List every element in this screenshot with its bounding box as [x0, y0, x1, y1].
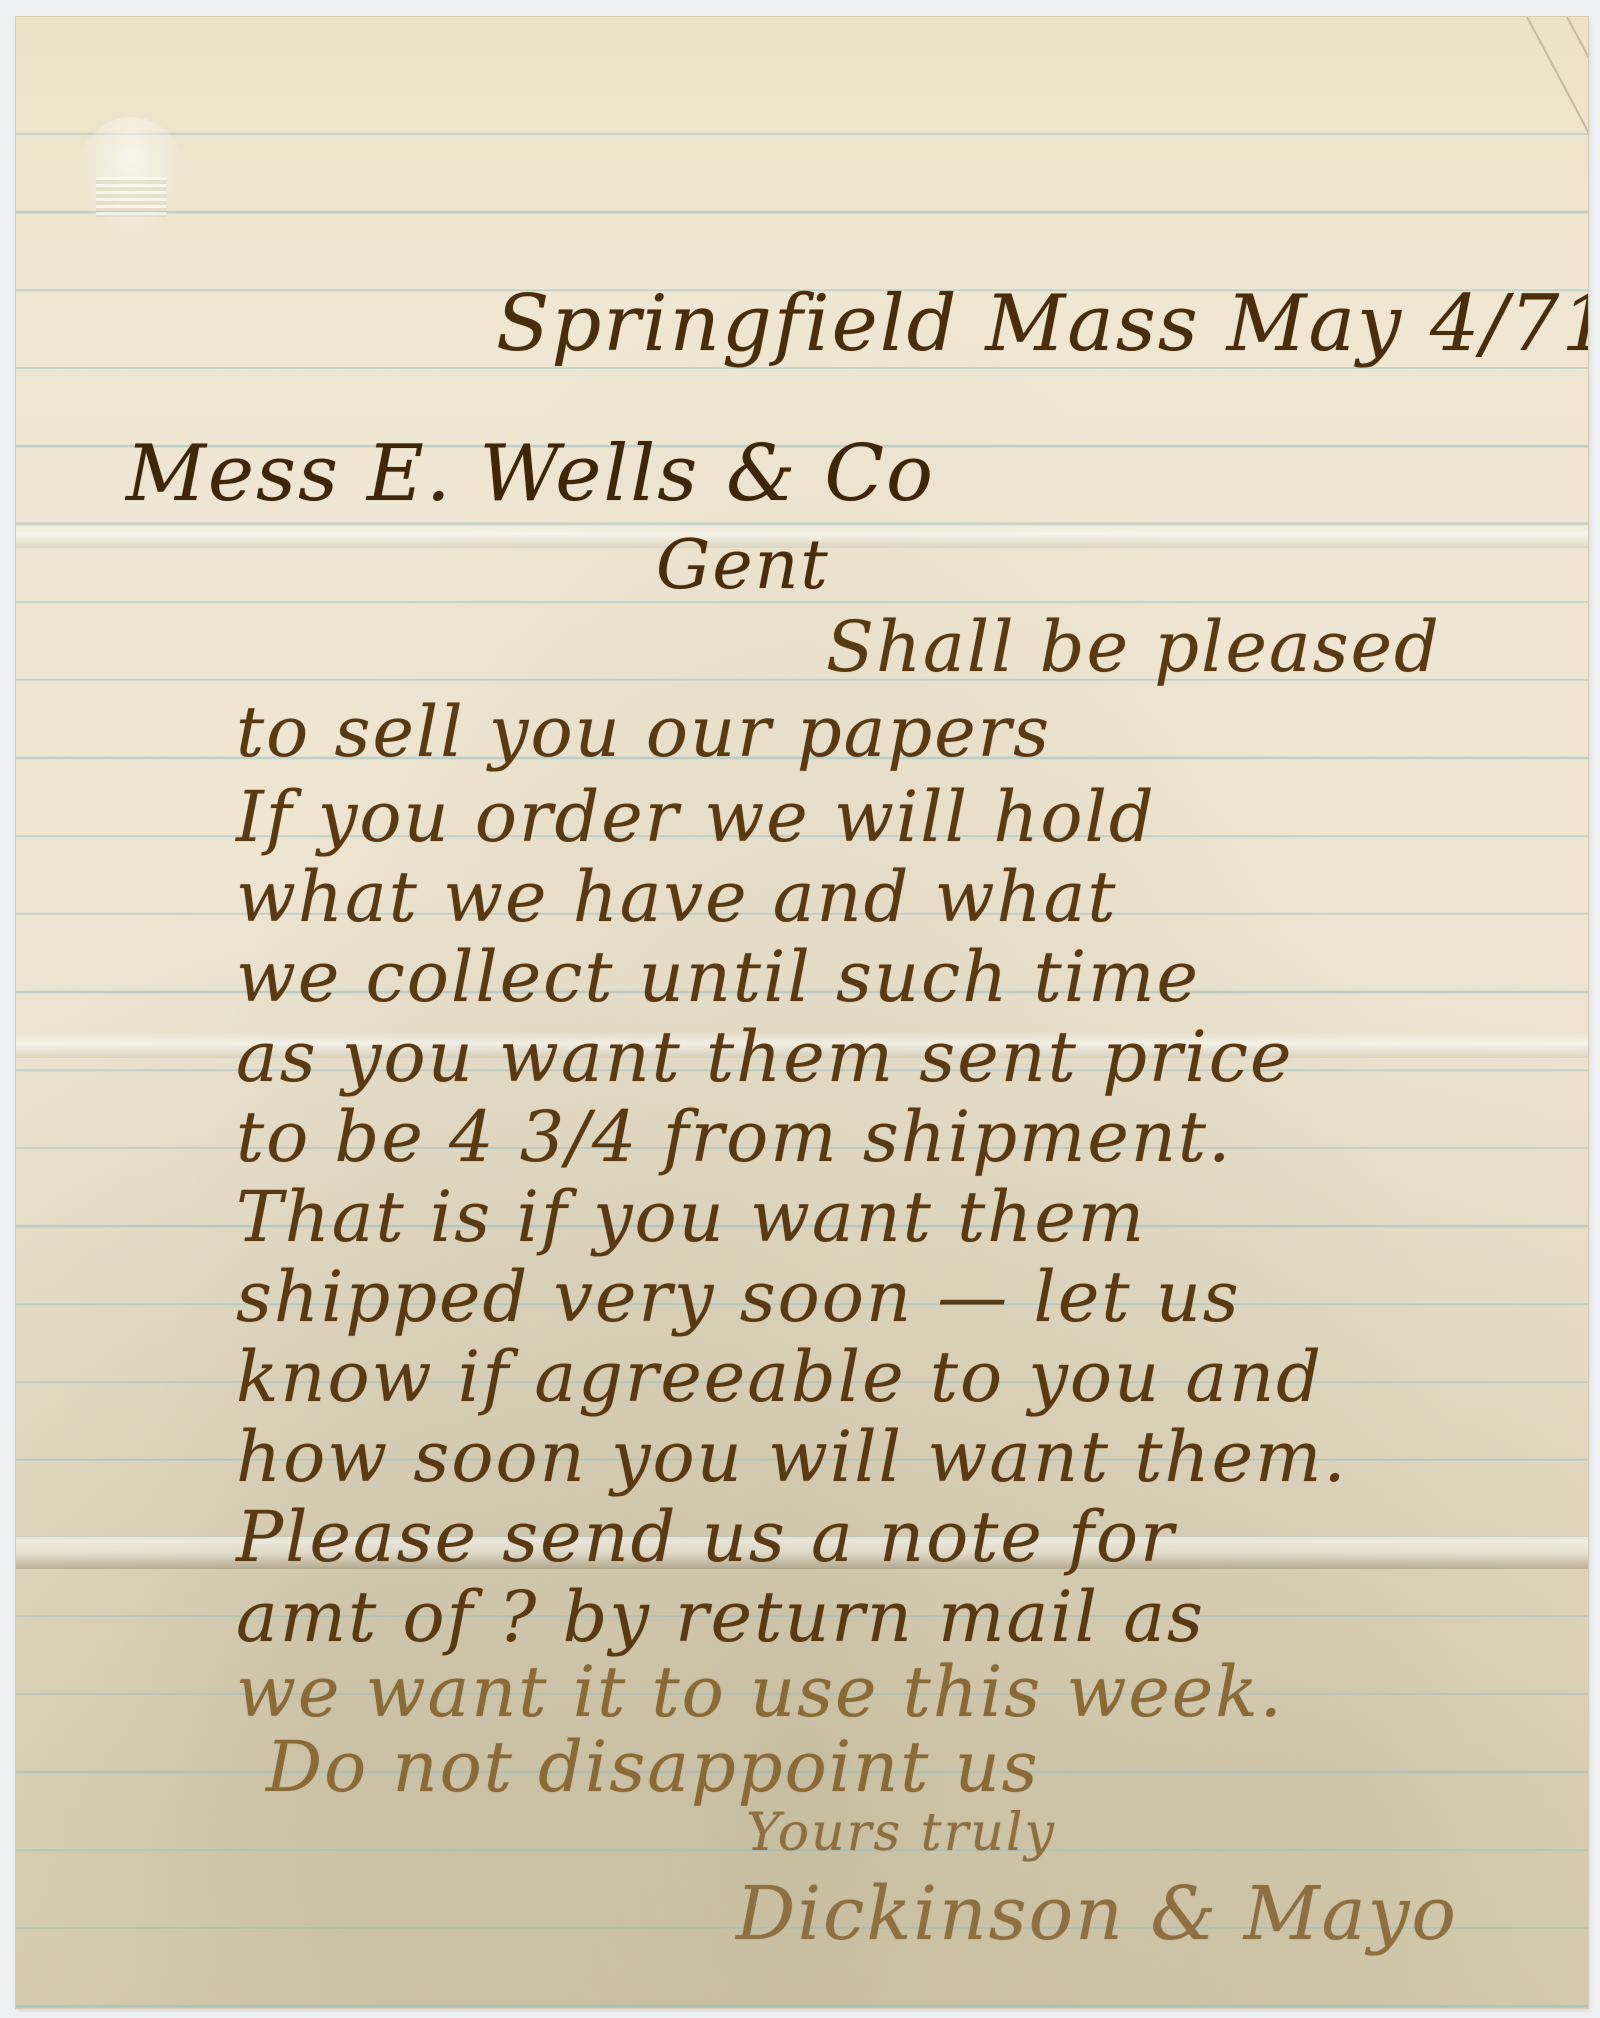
letter-paper: Springfield Mass May 4/71 Mess E. Wells …: [16, 17, 1588, 2008]
body-line: Please send us a note for: [236, 1502, 1176, 1572]
closing: Yours truly: [746, 1807, 1056, 1859]
body-line: Shall be pleased: [826, 612, 1441, 682]
body-line: amt of ? by return mail as: [236, 1582, 1205, 1652]
salutation: Mess E. Wells & Co: [126, 435, 935, 513]
body-line: to be 4 3/4 from shipment.: [236, 1102, 1232, 1172]
body-line: we want it to use this week.: [236, 1657, 1284, 1727]
body-line: Do not disappoint us: [266, 1732, 1040, 1802]
body-line: how soon you will want them.: [236, 1422, 1348, 1492]
signature: Dickinson & Mayo: [736, 1877, 1458, 1951]
body-line: That is if you want them: [236, 1182, 1146, 1252]
body-line: know if agreeable to you and: [236, 1342, 1323, 1412]
dateline: Springfield Mass May 4/71: [496, 285, 1588, 363]
body-line: If you order we will hold: [236, 782, 1156, 852]
greeting: Gent: [656, 532, 830, 600]
body-line: as you want them sent price: [236, 1022, 1293, 1092]
scanned-letter: Springfield Mass May 4/71 Mess E. Wells …: [0, 0, 1600, 2018]
embossed-capitol-seal-icon: [76, 117, 186, 237]
body-line: to sell you our papers: [236, 697, 1051, 767]
body-line: what we have and what: [236, 862, 1118, 932]
body-line: shipped very soon — let us: [236, 1262, 1241, 1332]
body-line: we collect until such time: [236, 942, 1200, 1012]
